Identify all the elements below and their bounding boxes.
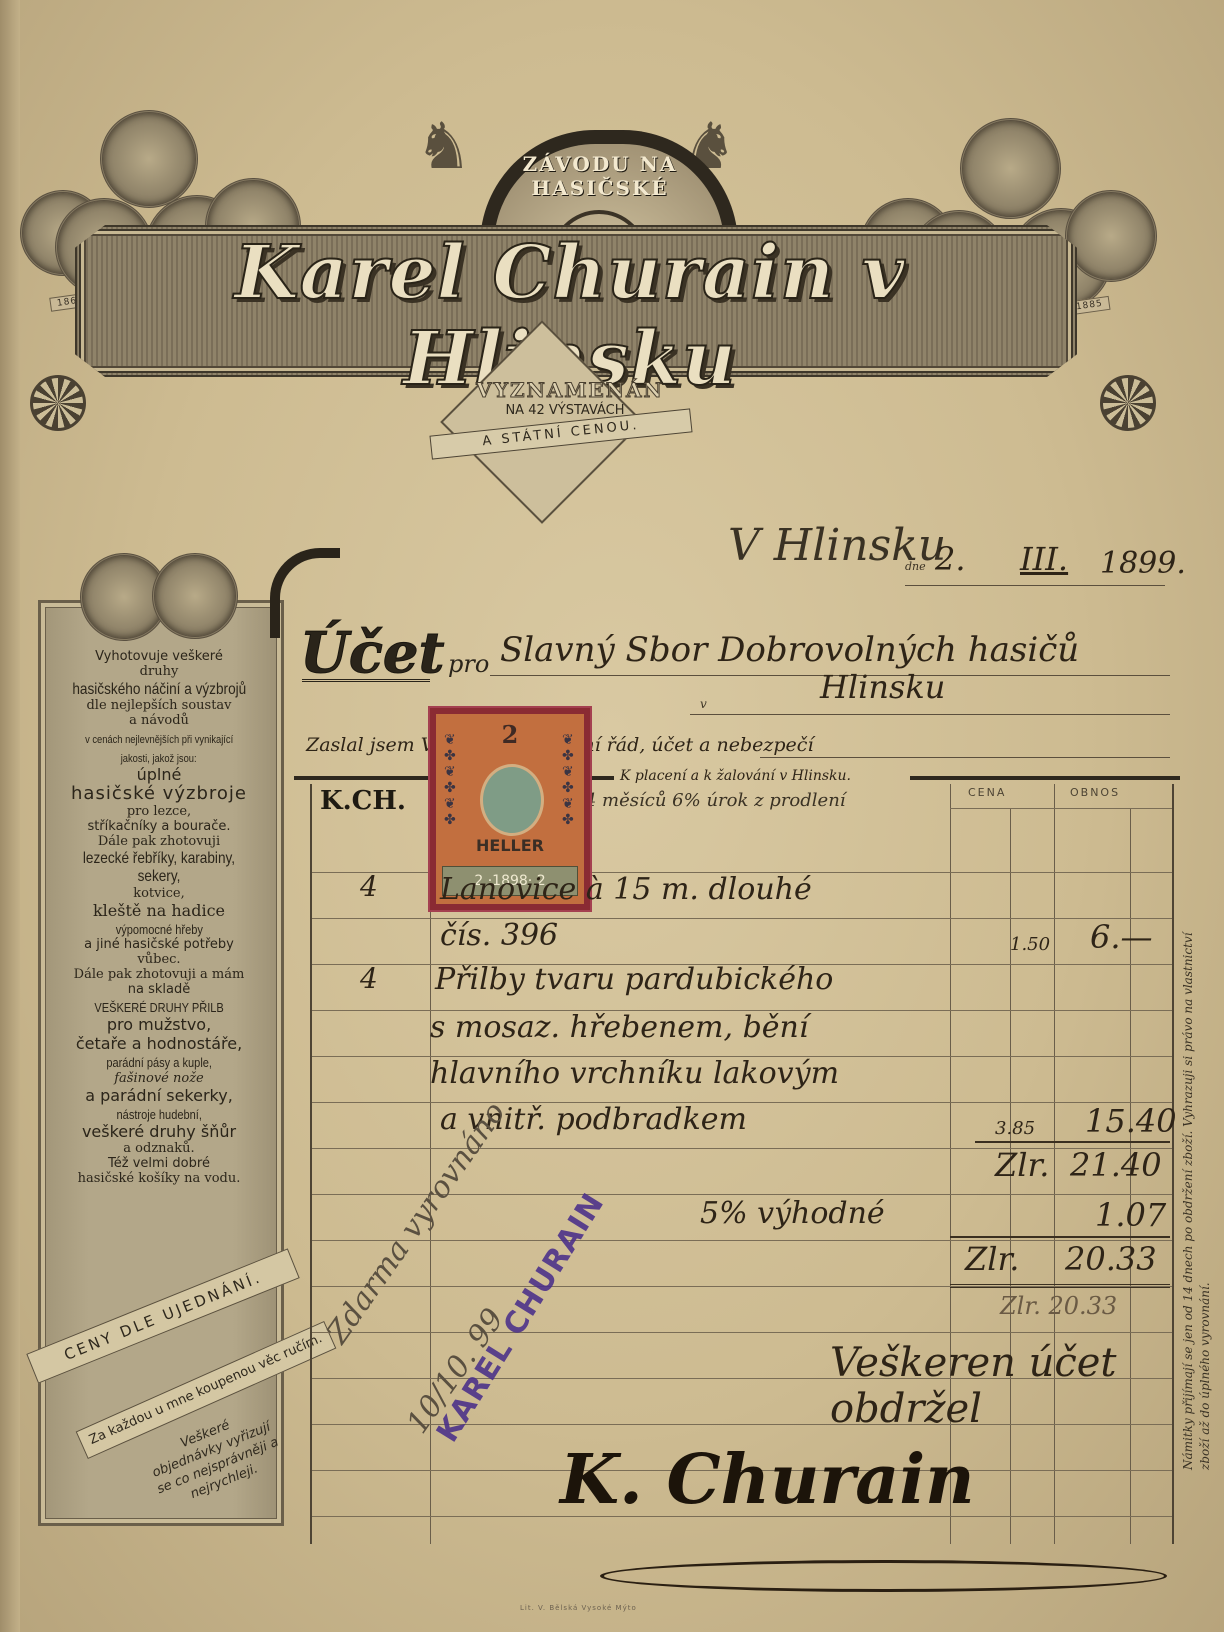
advertising-line: pro mužstvo, <box>48 1016 270 1034</box>
column-header-cena: CENA <box>968 786 1006 799</box>
written-total: Zlr. 20.33 <box>1000 1292 1117 1320</box>
advertising-line: parádní pásy a kuple, <box>106 1056 212 1071</box>
item-1-price: 1.50 <box>1010 934 1050 955</box>
date-month: III. <box>1020 540 1068 578</box>
advertising-line: a návodů <box>48 714 270 729</box>
advertising-line: vůbec. <box>48 953 270 968</box>
total-value: 20.33 <box>1065 1240 1157 1278</box>
merit-medal-icon <box>152 553 238 639</box>
advertising-line: druhy <box>48 665 270 680</box>
advertising-line: stříkačníky a bourače. <box>48 820 270 835</box>
row-line <box>312 1332 1172 1333</box>
advertising-line: VEŠKERÉ DRUHY PŘILB <box>94 1001 223 1016</box>
discount-label: 5% výhodné <box>700 1196 885 1231</box>
item-2-desc-line-2: s mosaz. hřebenem, bění <box>430 1010 808 1045</box>
advertising-line: na skladě <box>48 983 270 998</box>
advertising-line: Též velmi dobré <box>48 1157 270 1172</box>
advertising-line: hasičské výzbroje <box>48 784 270 805</box>
dne-label: dne <box>905 560 926 573</box>
advertising-line: kleště na hadice <box>48 902 270 920</box>
item-2-price: 3.85 <box>995 1118 1035 1139</box>
advertising-line: pro lezce, <box>48 805 270 820</box>
item-2-desc-line-3: hlavního vrchníku lakovým <box>430 1056 839 1091</box>
invoice-title: Účet <box>300 620 444 686</box>
award-title: VYZNAMENÁN <box>405 378 735 402</box>
subtotal-value: 21.40 <box>1070 1146 1162 1184</box>
payment-note: K placení a k žalování v Hlinsku. <box>620 768 851 784</box>
advertising-line: a parádní sekerky, <box>48 1087 270 1105</box>
pro-label: pro <box>448 650 489 678</box>
item-2-qty: 4 <box>360 962 378 995</box>
receipt-note: Veškeren účet obdržel <box>830 1340 1224 1432</box>
advertising-line: kotvice, <box>48 887 270 902</box>
item-1-desc-line-2: čís. 396 <box>440 918 558 953</box>
advertising-line: Dále pak zhotovuji <box>48 835 270 850</box>
advertising-line: dle nejlepších soustav <box>48 699 270 714</box>
advertising-line: jakosti, jakož jsou: <box>121 753 197 766</box>
date-year: 1899. <box>1100 546 1186 581</box>
title-underline <box>302 679 430 682</box>
signature-flourish <box>600 1560 1167 1592</box>
advertising-line: Dále pak zhotovuji a mám <box>48 968 270 983</box>
stamp-value: 2 <box>436 720 584 749</box>
advertising-line: hasičského náčiní a výzbrojů <box>72 681 246 699</box>
medal-icon <box>960 118 1061 219</box>
total-double-rule <box>950 1284 1170 1288</box>
advertising-line: veškeré druhy šňůr <box>48 1123 270 1141</box>
advertising-line: fašinové nože <box>48 1072 270 1087</box>
advertising-line: Vyhotovuje veškeré <box>48 650 270 665</box>
advertising-line: výpomocné hřeby <box>115 923 202 938</box>
total-rule <box>950 1236 1170 1238</box>
advertising-line: nástroje hudební, <box>116 1108 201 1123</box>
double-rule-right <box>910 776 1180 780</box>
medal-icon <box>100 110 198 208</box>
advertising-text: Vyhotovuje veškerédruhyhasičského náčiní… <box>48 650 270 1187</box>
total-label: Zlr. <box>965 1240 1019 1278</box>
vertical-terms-note: Námitky přijímají se jen od 14 dnech po … <box>1180 910 1214 1470</box>
advertising-line: hasičské košíky na vodu. <box>48 1172 270 1187</box>
subtotal-label: Zlr. <box>995 1146 1049 1184</box>
printer-credit: Lit. V. Bělská Vysoké Mýto <box>520 1604 637 1612</box>
recipient-line-2 <box>690 714 1170 715</box>
item-2-desc-line-1: Přilby tvaru pardubického <box>435 962 833 997</box>
advertising-line: četaře a hodnostáře, <box>48 1035 270 1053</box>
firm-initials: K.CH. <box>320 786 406 816</box>
discount-value: 1.07 <box>1095 1196 1166 1234</box>
item-1-desc-line-1: Lanovice à 15 m. dlouhé <box>440 872 812 907</box>
v-label: v <box>700 697 707 711</box>
advertising-line: v cenách nejlevnějších při vynikající <box>85 734 233 747</box>
item-2-amount: 15.40 <box>1085 1102 1177 1140</box>
advertising-line: a jiné hasičské potřeby <box>48 938 270 953</box>
medal-icon <box>1065 190 1157 282</box>
date-line <box>905 585 1165 586</box>
row-line <box>312 1240 1172 1241</box>
advertising-line: úplné <box>48 766 270 784</box>
item-1-amount: 6.— <box>1090 918 1153 956</box>
header-row-line <box>950 808 1172 809</box>
emperor-portrait-icon <box>480 764 544 836</box>
shipping-line <box>760 757 1170 758</box>
subtotal-rule <box>975 1141 1170 1143</box>
signature: K. Churain <box>560 1440 975 1520</box>
date-day: 2. <box>935 540 966 578</box>
recipient-line-2-text: Hlinsku <box>820 668 945 706</box>
paper-fold-edge <box>0 0 20 1632</box>
advertising-line: a odznaků. <box>48 1142 270 1157</box>
recipient-line-1-text: Slavný Sbor Dobrovolných hasičů <box>500 630 1079 670</box>
griffin-icon: ♞ <box>415 110 472 184</box>
column-header-obnos: OBNOS <box>1070 786 1120 799</box>
advertising-line: lezecké řebříky, karabiny, sekery, <box>65 850 254 887</box>
item-1-qty: 4 <box>360 870 378 903</box>
side-medals <box>80 545 250 635</box>
arch-text: ZÁVODU NA HASIČSKÉ <box>475 152 725 200</box>
rosette-icon <box>1100 375 1156 431</box>
stamp-label: HELLER <box>436 836 584 855</box>
